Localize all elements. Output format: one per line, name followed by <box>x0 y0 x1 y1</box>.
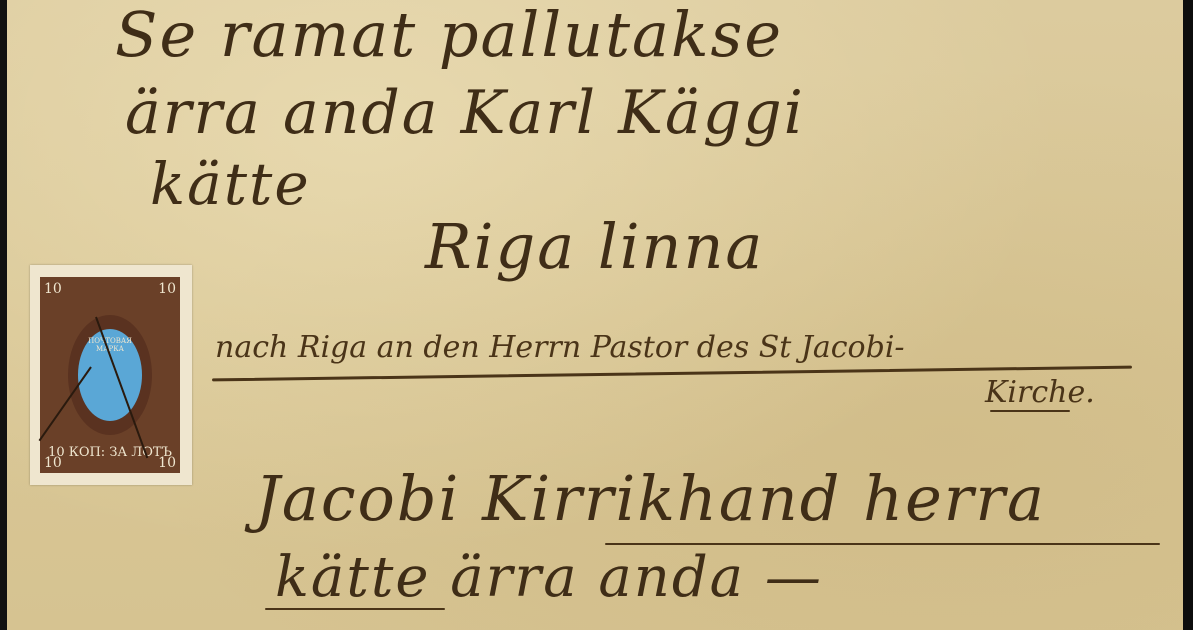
handwriting-line-6: Jacobi Kirrikhand herra <box>255 462 1046 535</box>
left-border <box>0 0 7 630</box>
handwriting-line-5b: Kirche. <box>985 375 1095 410</box>
stamp-top-text: ПОЧТОВАЯ МАРКА <box>74 337 146 353</box>
handwriting-line-1: Se ramat pallutakse <box>115 0 783 71</box>
right-border <box>1183 0 1193 630</box>
handwriting-line-7: kätte ärra anda — <box>275 545 823 610</box>
handwriting-line-3: kätte <box>150 150 311 218</box>
handwriting-line-5: nach Riga an den Herrn Pastor des St Jac… <box>215 330 905 365</box>
stamp-denomination: 10 КОП: ЗА ЛОТЪ <box>46 445 174 460</box>
handwriting-line-2: ärra anda Karl Käggi <box>125 78 805 148</box>
handwriting-line-4: Riga linna <box>425 210 764 283</box>
stamp-frame: 10 10 10 10 ПОЧТОВАЯ МАРКА 10 КОП: ЗА ЛО… <box>40 277 180 473</box>
underline-kirche <box>990 410 1070 412</box>
underline-katte <box>265 608 445 610</box>
stamp-corner-tl: 10 <box>44 281 62 297</box>
stamp-corner-tr: 10 <box>158 281 176 297</box>
photo-frame: Se ramat pallutakse ärra anda Karl Käggi… <box>0 0 1200 630</box>
postage-stamp: 10 10 10 10 ПОЧТОВАЯ МАРКА 10 КОП: ЗА ЛО… <box>30 265 192 485</box>
